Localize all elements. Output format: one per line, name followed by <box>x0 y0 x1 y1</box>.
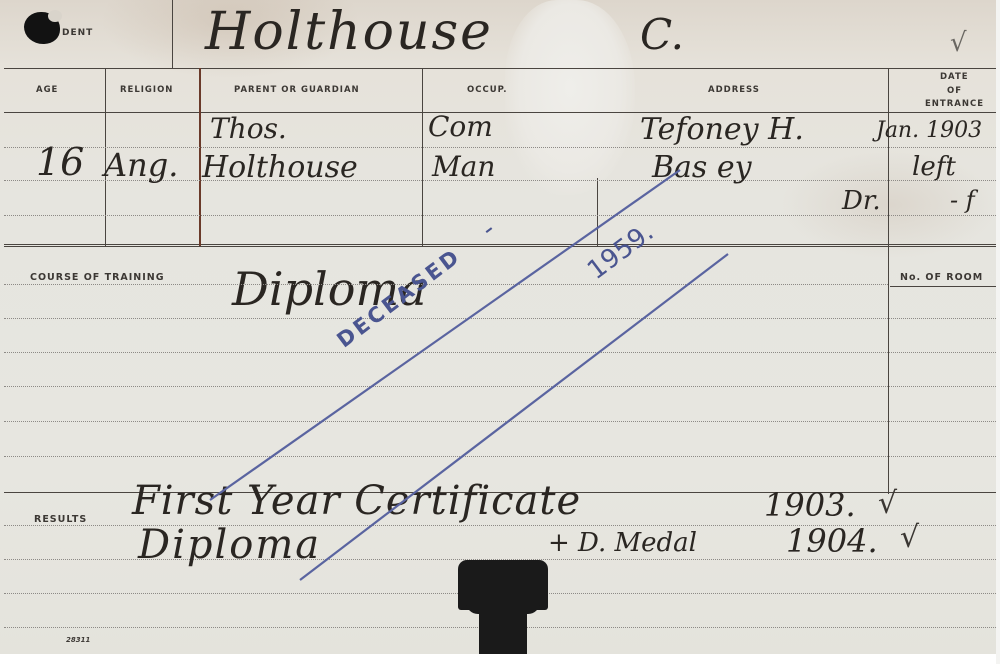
col-divider <box>199 68 201 246</box>
results-line2-extra: + D. Medal <box>548 528 697 558</box>
checkmark-icon: √ <box>900 520 919 555</box>
table-bottom-border <box>4 244 1000 247</box>
column-header-entrance-1: DATE <box>940 72 969 82</box>
course-of-training-label: COURSE OF TRAINING <box>30 272 165 283</box>
rooms-label: No. OF ROOM <box>900 272 983 283</box>
religion-value: Ang. <box>104 146 178 184</box>
serial-number: 28311 <box>66 636 90 644</box>
ruled-line <box>4 284 888 285</box>
student-record-card: DENT Holthouse C. √ AGE RELIGION PARENT … <box>0 0 1000 664</box>
entrance-date-value: Jan. 1903 <box>876 118 982 143</box>
col-divider <box>597 178 598 246</box>
ruled-line <box>4 421 1000 422</box>
punch-hole-edge <box>48 10 62 22</box>
header-divider <box>172 0 173 68</box>
column-header-parent: PARENT OR GUARDIAN <box>234 85 360 95</box>
occupation-value-line1: Com <box>428 110 493 143</box>
results-label: RESULTS <box>34 514 87 525</box>
address-value-line3: Dr. <box>842 186 881 216</box>
parent-value-line2: Holthouse <box>202 150 358 185</box>
card-right-edge <box>996 0 1000 664</box>
results-line1-year: 1903. <box>764 486 856 524</box>
student-surname: Holthouse <box>205 2 493 62</box>
table-top-border <box>4 68 1000 69</box>
entrance-left-value: left <box>912 152 956 182</box>
col-divider <box>888 68 889 246</box>
card-bottom-edge <box>0 654 1000 664</box>
deceased-dash: - <box>476 213 504 244</box>
entrance-note-value: - f <box>950 186 975 214</box>
column-header-religion: RELIGION <box>120 85 173 95</box>
student-label: DENT <box>62 28 93 38</box>
ruled-line <box>4 318 1000 319</box>
column-header-entrance-3: ENTRANCE <box>925 99 984 109</box>
results-line2-year: 1904. <box>786 522 878 560</box>
column-header-occupation: OCCUP. <box>467 85 508 95</box>
ruled-line <box>4 352 1000 353</box>
torn-paper-area <box>505 0 635 195</box>
ruled-line <box>4 386 1000 387</box>
column-header-age: AGE <box>36 85 58 95</box>
column-header-border <box>4 112 1000 113</box>
checkmark-icon: √ <box>878 486 897 521</box>
deceased-year: 1959. <box>582 217 660 286</box>
results-line2-text: Diploma <box>138 522 321 568</box>
student-initial: C. <box>640 10 684 59</box>
occupation-value-line2: Man <box>432 150 495 183</box>
column-header-address: ADDRESS <box>708 85 760 95</box>
address-value-line1: Tefoney H. <box>640 112 804 147</box>
age-value: 16 <box>36 140 84 184</box>
address-value-line2: Bas ey <box>652 150 752 185</box>
checkmark-icon: √ <box>950 28 967 58</box>
results-line1-text: First Year Certificate <box>132 478 581 524</box>
ruled-line <box>4 456 1000 457</box>
parent-value-line1: Thos. <box>210 112 287 145</box>
rooms-underline <box>890 286 1000 287</box>
column-header-entrance-2: OF <box>947 86 962 96</box>
col-divider <box>422 68 423 246</box>
